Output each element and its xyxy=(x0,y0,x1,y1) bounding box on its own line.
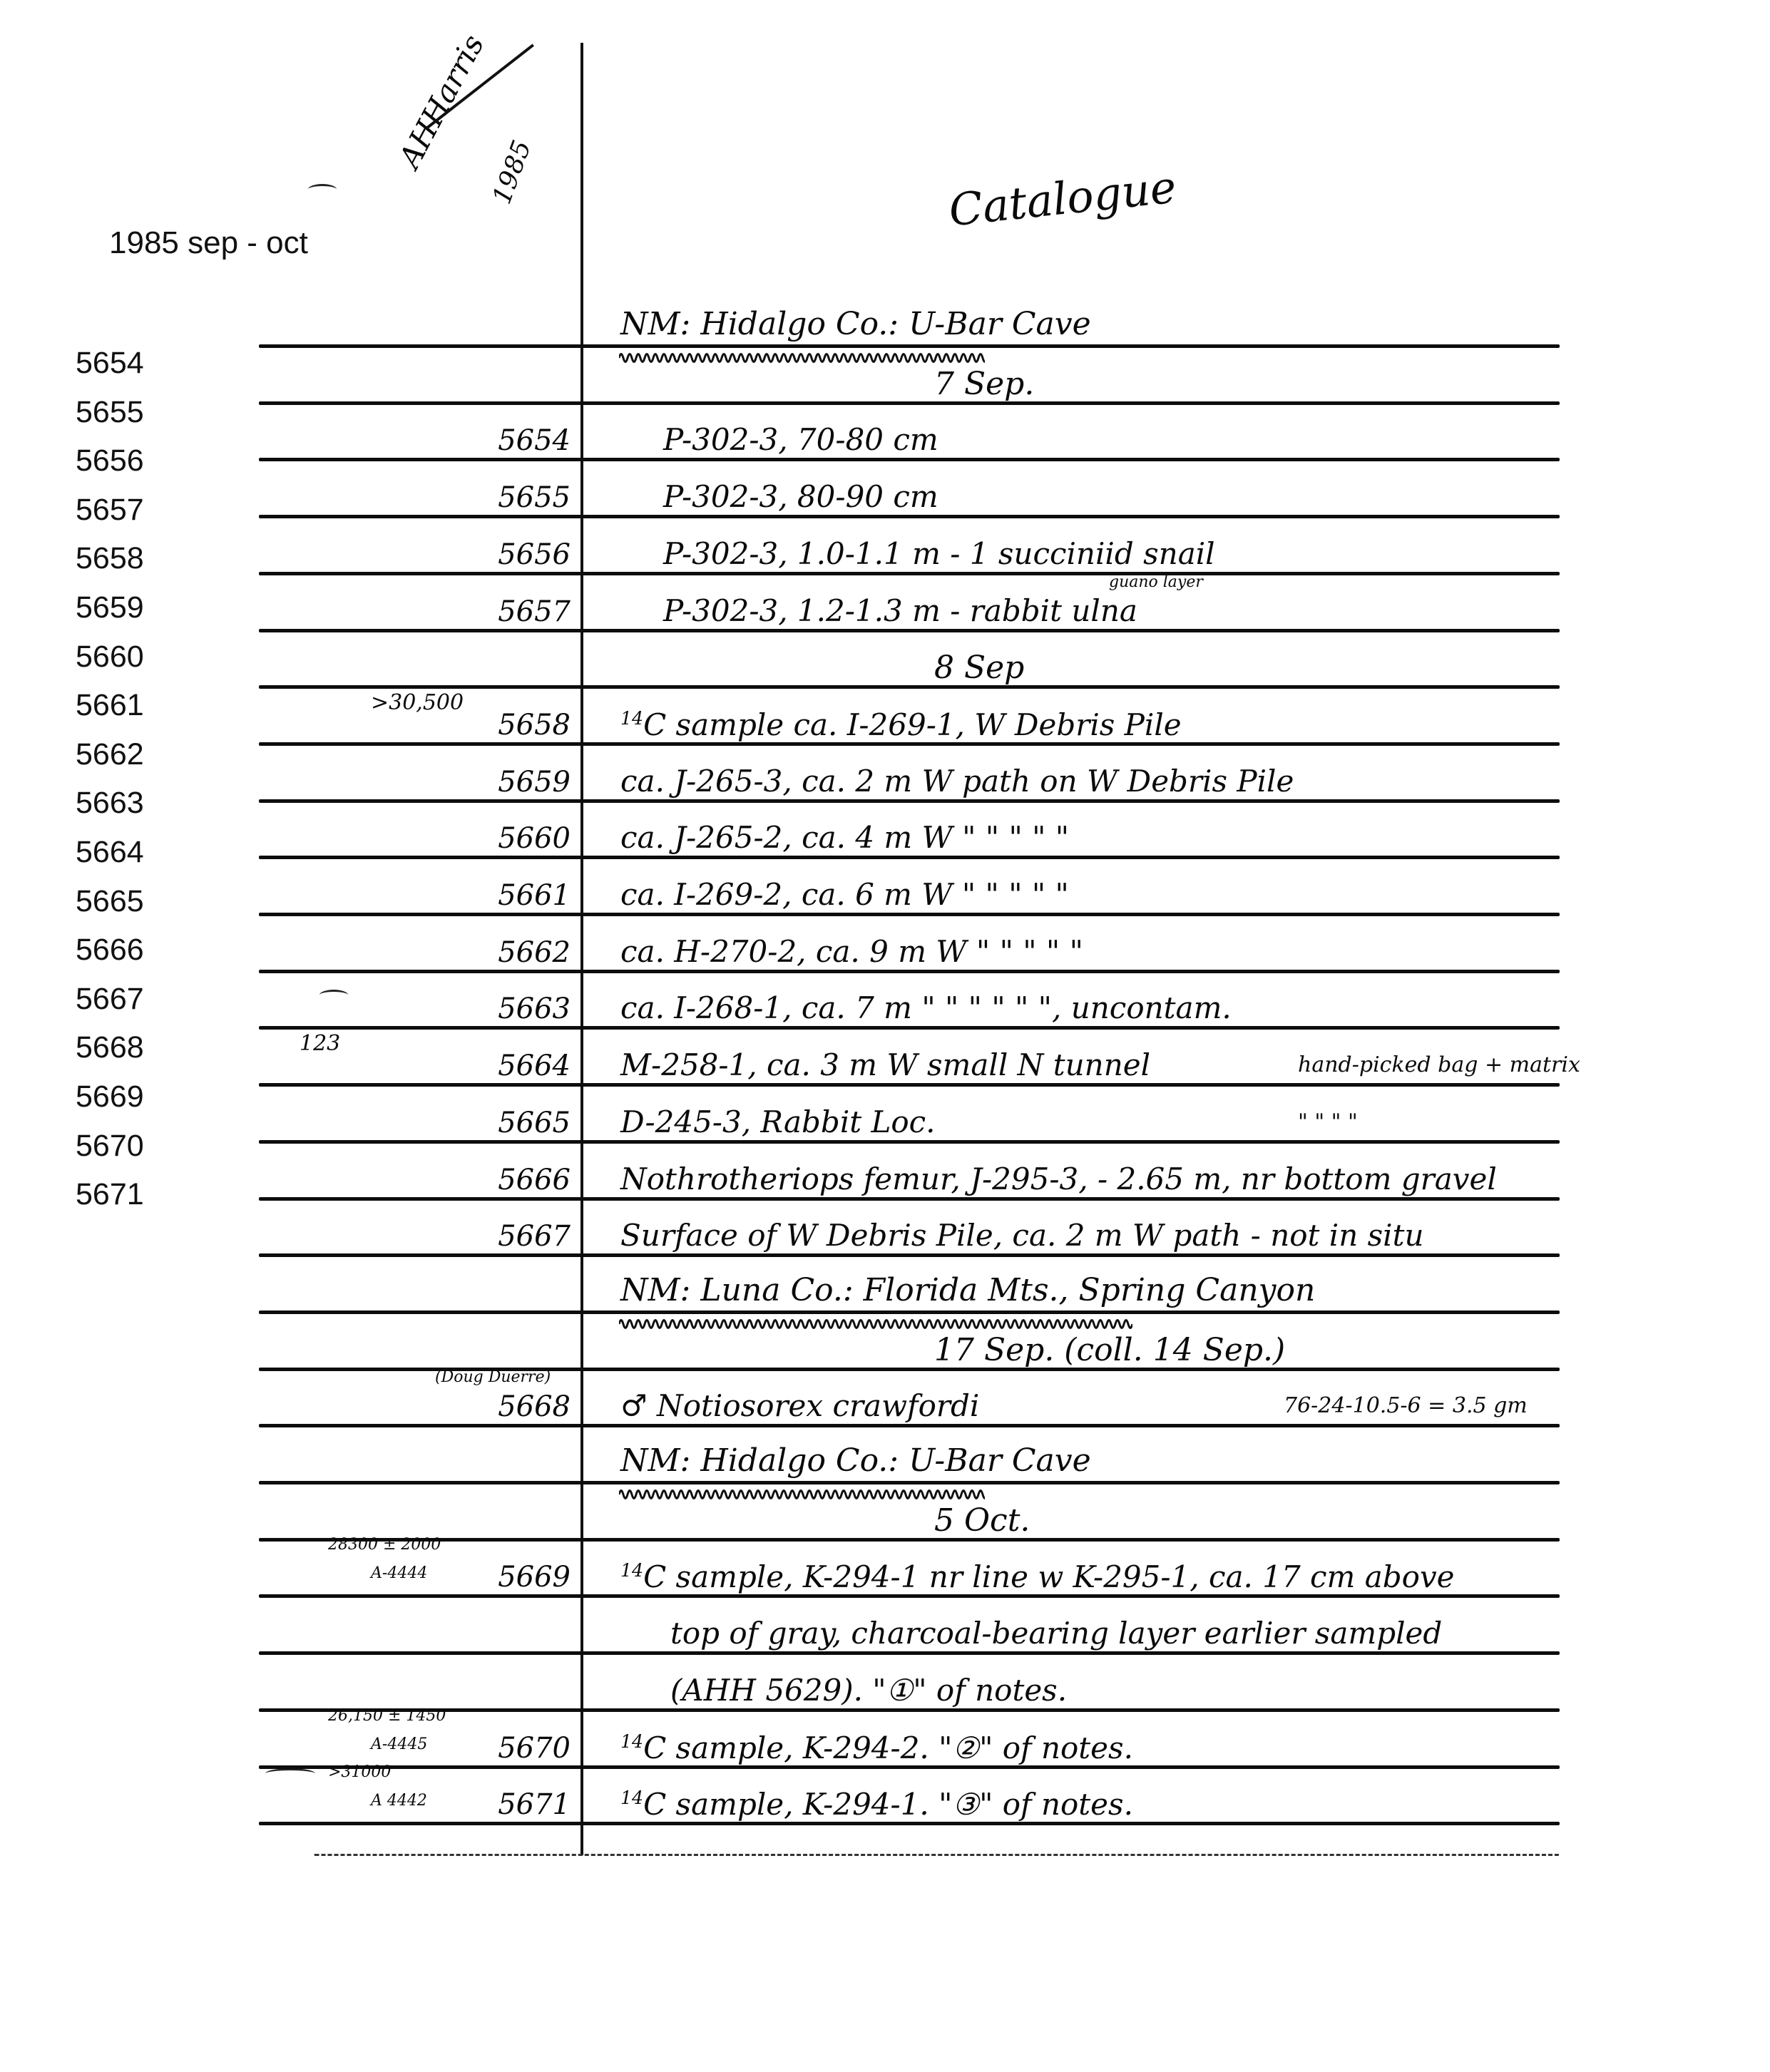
index-number: 5656 xyxy=(76,446,144,476)
entry-description: Surface of W Debris Pile, ca. 2 m W path… xyxy=(620,1221,1424,1251)
index-number: 5658 xyxy=(76,543,144,574)
date-range-label: 1985 sep - oct xyxy=(109,225,308,261)
date-heading: 8 Sep xyxy=(934,652,1024,684)
entry-description: Nothrotheriops femur, J-295-3, - 2.65 m,… xyxy=(620,1164,1497,1194)
stray-mark xyxy=(319,990,348,1000)
ruled-line xyxy=(259,515,1560,518)
entry-description: 14C sample, K-294-2. "②" of notes. xyxy=(620,1733,1133,1763)
ruled-line xyxy=(259,1253,1560,1257)
ruled-line xyxy=(259,742,1560,746)
right-note: hand-picked bag + matrix xyxy=(1298,1055,1580,1076)
catalog-number: 5667 xyxy=(392,1222,571,1251)
signature-year: 1985 xyxy=(489,138,536,207)
margin-note: 123 xyxy=(300,1033,340,1055)
stray-mark xyxy=(265,1768,315,1779)
stray-mark xyxy=(308,184,337,195)
ruled-line xyxy=(259,1708,1560,1712)
entry-description: P-302-3, 1.0-1.1 m - 1 succiniid snail xyxy=(663,539,1215,569)
ruled-line xyxy=(259,856,1560,859)
index-number: 5659 xyxy=(76,593,144,623)
ruled-line xyxy=(259,458,1560,461)
catalog-number: 5663 xyxy=(392,995,571,1023)
catalog-number: 5657 xyxy=(392,598,571,626)
lab-number: A-4444 xyxy=(371,1566,427,1581)
date-heading: 17 Sep. (coll. 14 Sep.) xyxy=(934,1335,1285,1366)
ruled-line xyxy=(259,1197,1560,1201)
ruled-line xyxy=(259,1538,1560,1542)
entry-description: ♂ Notiosorex crawfordi xyxy=(620,1391,979,1421)
index-number: 5661 xyxy=(76,690,144,721)
date-heading: 7 Sep. xyxy=(934,369,1034,400)
index-number: 5666 xyxy=(76,935,144,965)
right-note: " " " " xyxy=(1298,1112,1358,1133)
entry-description: D-245-3, Rabbit Loc. xyxy=(620,1107,936,1137)
ruled-line xyxy=(259,629,1560,632)
index-number: 5663 xyxy=(76,788,144,819)
entry-description: ca. I-268-1, ca. 7 m " " " " " ", uncont… xyxy=(620,993,1232,1023)
catalog-number: 5666 xyxy=(392,1166,571,1194)
entry-description: P-302-3, 70-80 cm xyxy=(663,425,938,455)
index-number: 5669 xyxy=(76,1082,144,1112)
ruled-line xyxy=(259,1651,1560,1655)
index-number: 5670 xyxy=(76,1131,144,1161)
isotope-superscript: 14 xyxy=(620,708,643,729)
entry-description: 14C sample, K-294-1. "③" of notes. xyxy=(620,1789,1133,1820)
ruled-line xyxy=(259,1311,1560,1314)
entry-description: M-258-1, ca. 3 m W small N tunnel xyxy=(620,1050,1150,1080)
right-note: 76-24-10.5-6 = 3.5 gm xyxy=(1284,1395,1528,1417)
lab-number: A-4445 xyxy=(371,1737,427,1753)
ruled-line xyxy=(259,970,1560,973)
ruled-line xyxy=(259,1424,1560,1427)
insertion-note: guano layer xyxy=(1109,575,1203,590)
catalog-number: 5660 xyxy=(392,824,571,853)
ruled-line xyxy=(259,913,1560,916)
entry-continuation: (AHH 5629). "①" of notes. xyxy=(670,1676,1067,1706)
catalog-number: 5654 xyxy=(392,426,571,455)
ruled-line xyxy=(259,572,1560,575)
entry-description: ca. J-265-3, ca. 2 m W path on W Debris … xyxy=(620,766,1294,796)
entry-description: 14C sample, K-294-1 nr line w K-295-1, c… xyxy=(620,1561,1455,1592)
entry-description: 14C sample ca. I-269-1, W Debris Pile xyxy=(620,709,1182,740)
ruled-line xyxy=(259,401,1560,405)
ruled-line xyxy=(259,799,1560,803)
catalog-number: 5661 xyxy=(392,881,571,910)
index-number: 5660 xyxy=(76,642,144,672)
index-number: 5655 xyxy=(76,397,144,428)
index-number: 5665 xyxy=(76,886,144,917)
margin-note: >30,500 xyxy=(371,692,464,714)
radiocarbon-date: 28300 ± 2000 xyxy=(328,1537,441,1553)
entry-description: P-302-3, 1.2-1.3 m - rabbit ulna xyxy=(663,596,1137,626)
entry-description: ca. H-270-2, ca. 9 m W " " " " " xyxy=(620,937,1083,967)
isotope-superscript: 14 xyxy=(620,1731,643,1752)
wavy-underline xyxy=(619,1316,1132,1330)
ruled-line xyxy=(259,1822,1560,1825)
isotope-superscript: 14 xyxy=(620,1560,643,1581)
catalog-number: 5665 xyxy=(392,1109,571,1137)
index-number: 5664 xyxy=(76,837,144,868)
locality-heading: NM: Hidalgo Co.: U-Bar Cave xyxy=(620,1445,1091,1477)
lab-number: A 4442 xyxy=(371,1793,427,1809)
index-number: 5667 xyxy=(76,984,144,1015)
collector-note: (Doug Duerre) xyxy=(435,1370,551,1385)
radiocarbon-date: 26,150 ± 1450 xyxy=(328,1708,446,1724)
isotope-superscript: 14 xyxy=(620,1788,643,1808)
entry-description: P-302-3, 80-90 cm xyxy=(663,482,938,512)
entry-description: ca. J-265-2, ca. 4 m W " " " " " xyxy=(620,823,1069,853)
catalog-number: 5664 xyxy=(392,1052,571,1080)
index-number: 5657 xyxy=(76,495,144,525)
catalog-number: 5659 xyxy=(392,768,571,796)
ruled-line xyxy=(259,1026,1560,1030)
ruled-line xyxy=(259,1481,1560,1484)
entry-description: ca. I-269-2, ca. 6 m W " " " " " xyxy=(620,880,1069,910)
author-signature: AHHarris xyxy=(394,30,489,173)
ruled-line xyxy=(259,344,1560,348)
index-number: 5668 xyxy=(76,1032,144,1063)
column-divider xyxy=(580,43,583,1855)
locality-heading: NM: Hidalgo Co.: U-Bar Cave xyxy=(620,309,1091,340)
entry-continuation: top of gray, charcoal-bearing layer earl… xyxy=(670,1619,1442,1648)
locality-heading: NM: Luna Co.: Florida Mts., Spring Canyo… xyxy=(620,1275,1315,1306)
wavy-underline xyxy=(619,350,985,364)
wavy-underline xyxy=(619,1487,985,1501)
ruled-line xyxy=(259,1140,1560,1144)
index-number: 5654 xyxy=(76,348,144,379)
radiocarbon-date: >31000 xyxy=(328,1765,391,1780)
index-number: 5671 xyxy=(76,1179,144,1210)
catalog-number: 5655 xyxy=(392,483,571,512)
index-number: 5662 xyxy=(76,739,144,770)
ruled-line xyxy=(259,685,1560,689)
catalog-number: 5668 xyxy=(392,1393,571,1421)
ruled-line xyxy=(259,1594,1560,1598)
date-heading: 5 Oct. xyxy=(934,1505,1030,1537)
catalog-number: 5658 xyxy=(392,711,571,739)
ruled-line xyxy=(259,1765,1560,1769)
ruled-line xyxy=(259,1083,1560,1087)
catalog-number: 5656 xyxy=(392,540,571,569)
catalog-number: 5662 xyxy=(392,938,571,967)
page-title: Catalogue xyxy=(947,165,1178,232)
bottom-dashed-line xyxy=(314,1854,1560,1856)
